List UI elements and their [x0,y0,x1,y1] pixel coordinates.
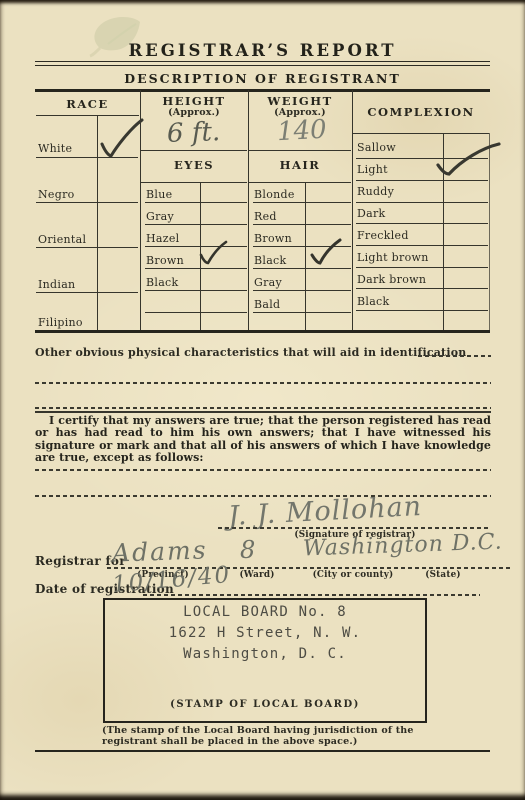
eyes-option-gray: Gray [146,210,174,223]
eyes-option-blue: Blue [146,188,172,201]
other-characteristics-label: Other obvious physical characteristics t… [35,346,466,359]
divider-height-weight [248,90,249,331]
hair-row-line [253,290,351,291]
weight-value-handwriting: 140 [276,115,327,148]
stamp-box-caption: (STAMP OF LOCAL BOARD) [105,699,425,710]
race-option-filipino: Filipino [38,316,83,329]
eyes-row-line [145,290,247,291]
race-header: RACE [35,97,140,111]
hair-row-line [253,224,351,225]
hair-option-gray: Gray [254,276,282,289]
eyes-header: EYES [140,158,248,172]
height-rule [141,150,247,151]
race-row-line [36,247,138,248]
date-line [143,594,480,596]
race-row-line [36,202,138,203]
stamp-line-2: 1622 H Street, N. W. [105,625,425,641]
precinct-value-handwriting: Adams [112,535,208,567]
complexion-option-dark-brown: Dark brown [357,273,426,286]
eyes-option-brown: Brown [146,254,184,267]
other-characteristics-line [418,355,491,357]
weight-rule [249,150,351,151]
complexion-row-line [356,267,488,268]
registrar-report-card: REGISTRAR’S REPORT DESCRIPTION OF REGIST… [0,0,525,800]
complexion-row-line [356,288,488,289]
stamp-box-note: (The stamp of the Local Board having jur… [102,726,454,748]
race-option-oriental: Oriental [38,233,86,246]
hair-option-red: Red [254,210,277,223]
weight-header: WEIGHT [248,94,352,108]
eyes-row-line [145,246,247,247]
hair-row-line [253,312,351,313]
page-title: REGISTRAR’S REPORT [0,41,525,60]
hair-row-line [253,202,351,203]
hair-header-rule [249,182,351,183]
complexion-header: COMPLEXION [352,105,490,119]
race-row-line [36,292,138,293]
exceptions-line [35,469,491,471]
blank-line [35,407,491,409]
signature-line [218,527,490,529]
eyes-row-line [145,268,247,269]
height-value-handwriting: 6 ft. [166,117,220,149]
complexion-option-ruddy: Ruddy [357,185,394,198]
eyes-header-rule [141,182,247,183]
divider-weight-complexion [352,90,353,331]
exceptions-line [35,495,491,497]
height-approx-label: (Approx.) [140,107,248,118]
hair-option-bald: Bald [254,298,280,311]
hair-option-brown: Brown [254,232,292,245]
ward-value-handwriting: 8 [240,536,255,564]
complexion-option-light: Light [357,163,388,176]
checkmark-eyes-brown [198,240,228,266]
race-option-negro: Negro [38,188,75,201]
stamp-line-1: LOCAL BOARD No. 8 [105,604,425,620]
complexion-row-line [356,245,488,246]
complexion-header-rule [353,133,489,134]
double-rule [35,61,490,66]
checkmark-race-white [97,117,145,159]
eyes-option-hazel: Hazel [146,232,179,245]
complexion-option-freckled: Freckled [357,229,409,242]
complexion-row-line [356,180,488,181]
race-option-indian: Indian [38,278,75,291]
hair-option-black: Black [254,254,287,267]
hair-header: HAIR [248,158,352,172]
eyes-row-line [145,224,247,225]
complexion-option-light-brown: Light brown [357,251,429,264]
blank-line [35,382,491,384]
complexion-row-line [356,202,488,203]
stamp-line-3: Washington, D. C. [105,646,425,662]
eyes-option-black: Black [146,276,179,289]
eyes-row-line [145,202,247,203]
eyes-row-line [145,312,247,313]
section-title: DESCRIPTION OF REGISTRANT [0,71,525,86]
race-option-white: White [38,142,72,155]
complexion-row-line [356,223,488,224]
state-caption: (State) [413,570,473,580]
complexion-option-black: Black [357,295,390,308]
hair-option-blonde: Blonde [254,188,295,201]
complexion-option-dark: Dark [357,207,386,220]
ward-caption: (Ward) [222,570,292,580]
divider-hair-check [305,183,306,331]
bottom-rule [35,750,490,752]
hair-row-line [253,268,351,269]
certification-text: I certify that my answers are true; that… [35,410,491,465]
registrar-signature-handwriting: J. J. Mollohan [227,491,422,532]
checkmark-hair-black [309,238,343,266]
checkmark-complexion-light [434,142,502,178]
table-bottom-rule [35,330,490,333]
complexion-row-line [356,310,488,311]
table-top-rule [35,89,490,92]
height-header: HEIGHT [140,94,248,108]
city-or-county-caption: (City or county) [303,570,403,580]
complexion-option-sallow: Sallow [357,141,396,154]
